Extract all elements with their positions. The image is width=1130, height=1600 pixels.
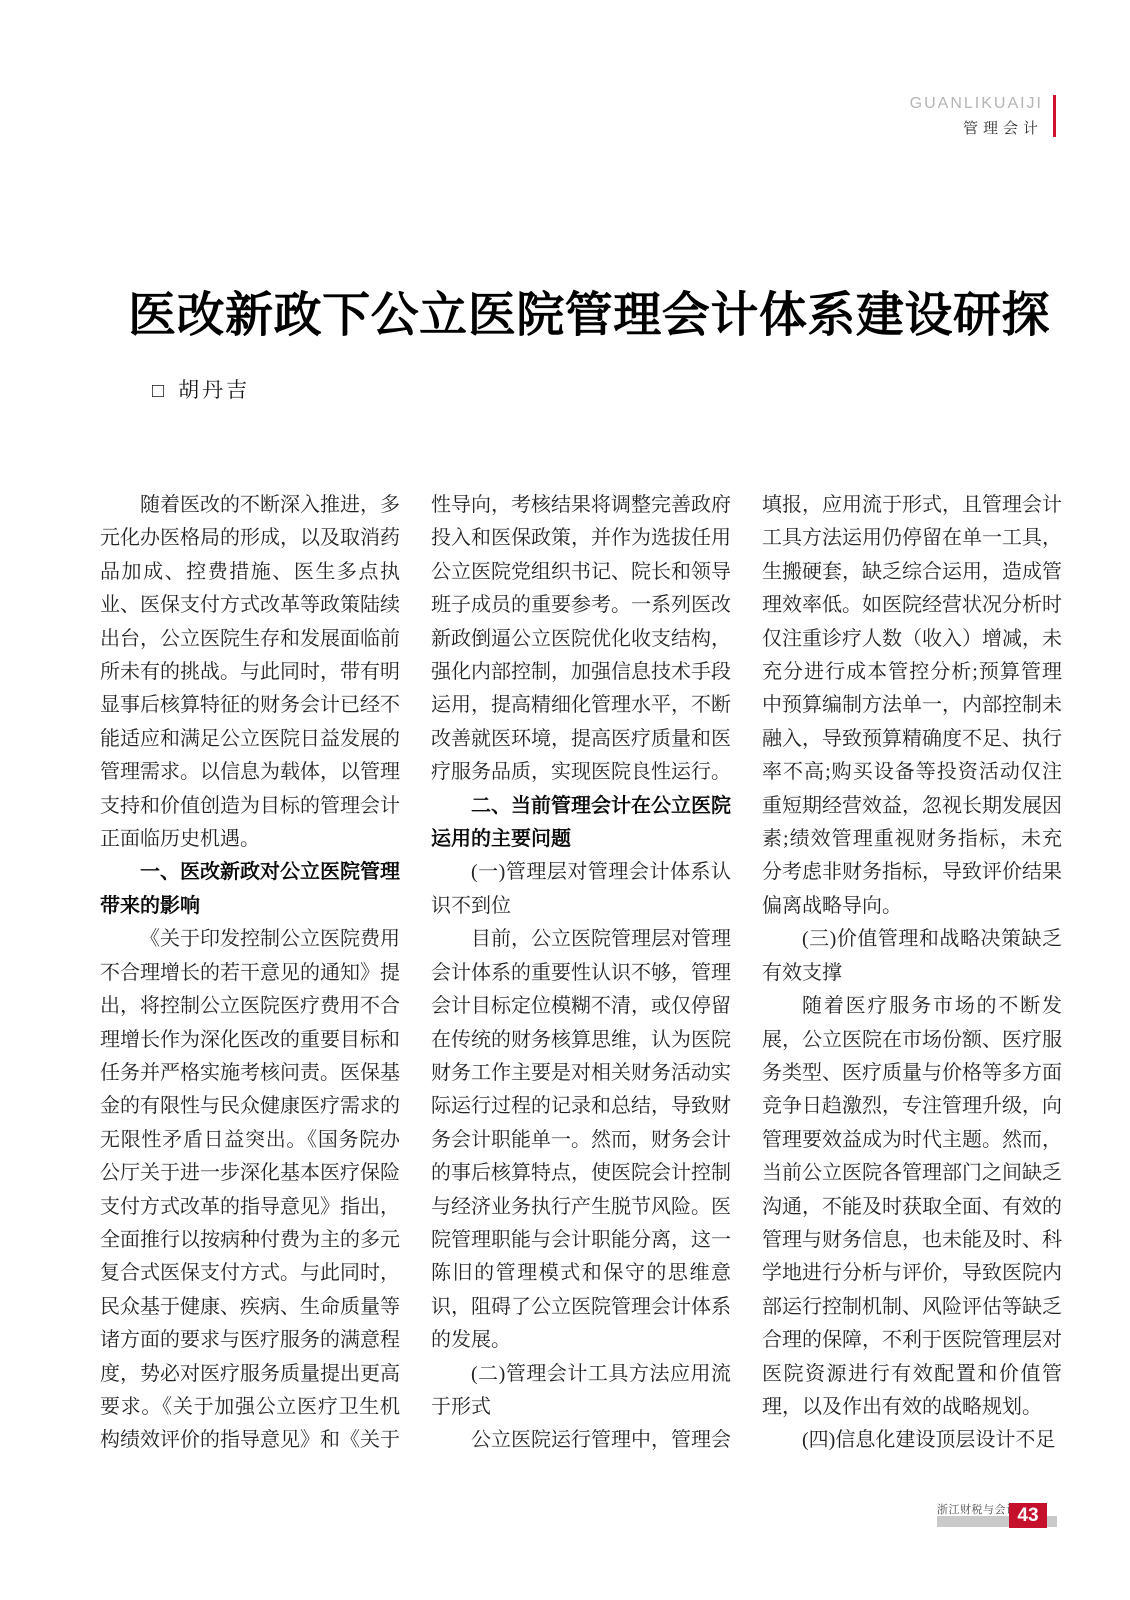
article-body: 随着医改的不断深入推进，多元化办医格局的形成，以及取消药品加成、控费措施、医生多…: [100, 489, 1062, 1461]
column-3: 填报，应用流于形式，且管理会计工具方法运用仍停留在单一工具，生搬硬套，缺乏综合运…: [762, 489, 1062, 1461]
paragraph: 随着医疗服务市场的不断发展，公立医院在市场份额、医疗服务类型、医疗质量与价格等多…: [762, 990, 1062, 1424]
journal-page: GUANLIKUAIJI 管理会计 医改新政下公立医院管理会计体系建设研探 □胡…: [0, 0, 1130, 1600]
section-heading: 一、医改新政对公立医院管理带来的影响: [100, 856, 400, 923]
paragraph: 公立医院运行管理中，管理会计工具方法大多应用于机械地应付报表: [431, 1424, 731, 1461]
author-line: □胡丹吉: [152, 374, 250, 404]
paragraph: 随着医改的不断深入推进，多元化办医格局的形成，以及取消药品加成、控费措施、医生多…: [100, 489, 400, 856]
paragraph: 《关于印发控制公立医院费用不合理增长的若干意见的通知》提出，将控制公立医院医疗费…: [100, 923, 400, 1461]
author-marker-icon: □: [152, 380, 164, 402]
footer-journal-label: 浙江财税与会计: [937, 1501, 1018, 1517]
column-1: 随着医改的不断深入推进，多元化办医格局的形成，以及取消药品加成、控费措施、医生多…: [100, 489, 400, 1461]
subsection-heading: (三)价值管理和战略决策缺乏有效支撑: [762, 923, 1062, 990]
column-2: 性导向，考核结果将调整完善政府投入和医保政策，并作为选拔任用公立医院党组织书记、…: [431, 489, 731, 1461]
paragraph: 目前，公立医院管理层对管理会计体系的重要性认识不够，管理会计目标定位模糊不清，或…: [431, 923, 731, 1357]
page-number-badge: 43: [1009, 1503, 1047, 1528]
author-name: 胡丹吉: [178, 378, 250, 402]
masthead-section-label: 管理会计: [910, 117, 1043, 138]
subsection-heading: (一)管理层对管理会计体系认识不到位: [431, 856, 731, 923]
article-title: 医改新政下公立医院管理会计体系建设研探: [128, 284, 1050, 349]
masthead-pinyin-label: GUANLIKUAIJI: [910, 95, 1043, 113]
subsection-heading: (二)管理会计工具方法应用流于形式: [431, 1358, 731, 1425]
masthead: GUANLIKUAIJI 管理会计: [910, 95, 1056, 137]
paragraph: 填报，应用流于形式，且管理会计工具方法运用仍停留在单一工具，生搬硬套，缺乏综合运…: [762, 489, 1062, 923]
paragraph: 性导向，考核结果将调整完善政府投入和医保政策，并作为选拔任用公立医院党组织书记、…: [431, 489, 731, 790]
paragraph: 当前信息化建设已经深入公立医院的每一角落，HIS、LIS、OA 办公、资: [762, 1458, 1062, 1461]
section-heading: 二、当前管理会计在公立医院运用的主要问题: [431, 790, 731, 857]
subsection-heading: (四)信息化建设顶层设计不足: [762, 1424, 1062, 1457]
